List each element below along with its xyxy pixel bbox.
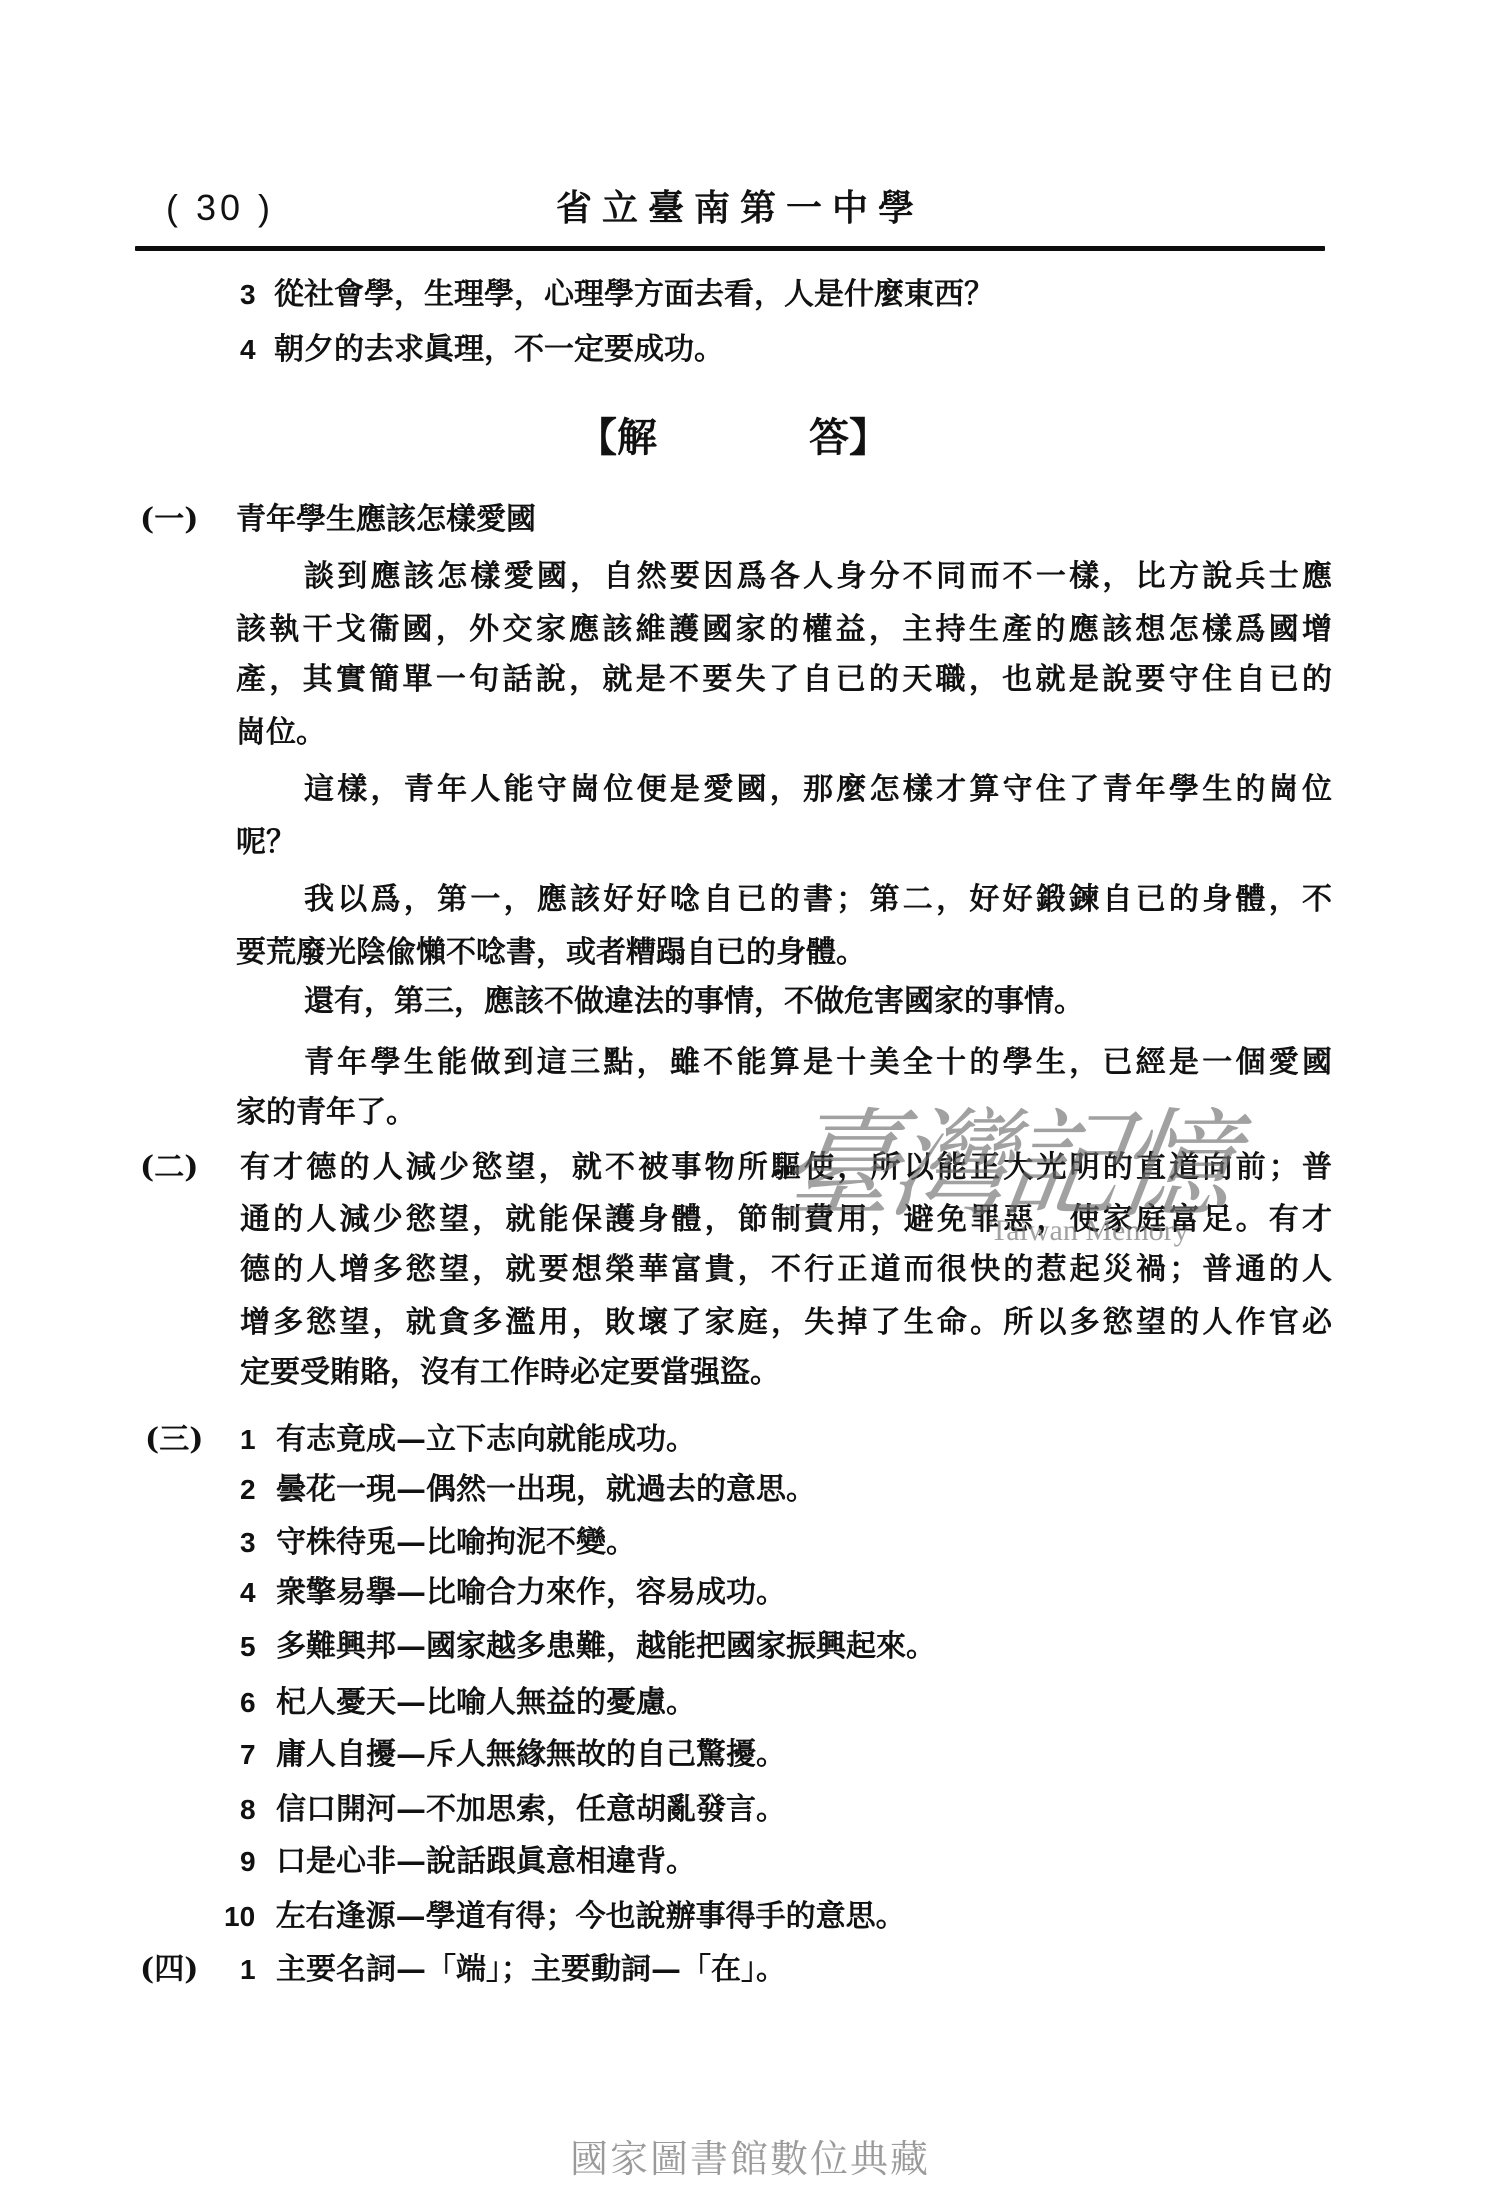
paragraph-line: 該執干戈衞國，外交家應該維護國家的權益，主持生產的應該想怎樣爲國增 xyxy=(236,610,1332,650)
section-label-three: (三) xyxy=(145,1420,203,1460)
idiom-item: 2 曇花一現—偶然一出現，就過去的意思。 xyxy=(240,1470,816,1510)
question-text: 朝夕的去求眞理，不一定要成功。 xyxy=(274,332,724,367)
paragraph-line: 定要受賄賂，沒有工作時必定要當强盜。 xyxy=(240,1353,780,1393)
paragraph-line: 產，其實簡單一句話說，就是不要失了自已的天職，也就是說要守住自已的 xyxy=(236,660,1332,700)
item-text: 衆擎易擧—比喻合力來作，容易成功。 xyxy=(276,1575,786,1610)
paragraph-line: 談到應該怎樣愛國，自然要因爲各人身分不同而不一樣，比方說兵士應 xyxy=(304,557,1332,597)
idiom-item: 5 多難興邦—國家越多患難，越能把國家振興起來。 xyxy=(240,1627,936,1667)
watermark-logo: 臺灣記憶 xyxy=(771,1100,1237,1230)
item-number: 9 xyxy=(240,1846,256,1877)
paragraph-line: 要荒廢光陰偸懶不唸書，或者糟蹋自已的身體。 xyxy=(236,933,866,973)
item-number: 7 xyxy=(240,1739,256,1770)
section-title: 青年學生應該怎樣愛國 xyxy=(236,500,536,540)
item-text: 庸人自擾—斥人無緣無故的自己驚擾。 xyxy=(276,1737,786,1772)
item-number: 4 xyxy=(240,1577,256,1608)
idiom-item: 6 杞人憂天—比喻人無益的憂慮。 xyxy=(240,1683,696,1723)
item-text: 杞人憂天—比喻人無益的憂慮。 xyxy=(276,1685,696,1720)
question-item: 4 朝夕的去求眞理，不一定要成功。 xyxy=(240,330,724,370)
paragraph-line: 崗位。 xyxy=(236,713,326,753)
paragraph-line: 我以爲，第一，應該好好唸自已的書；第二，好好鍛鍊自已的身體，不 xyxy=(304,880,1332,920)
idiom-item: 8 信口開河—不加思索，任意胡亂發言。 xyxy=(240,1790,786,1830)
item-text: 有志竟成—立下志向就能成功。 xyxy=(276,1422,696,1457)
paragraph-line: 還有，第三，應該不做違法的事情，不做危害國家的事情。 xyxy=(304,982,1084,1022)
item-number: 2 xyxy=(240,1474,256,1505)
section-label-two: (二) xyxy=(140,1148,198,1188)
paragraph-line: 呢？ xyxy=(236,823,296,863)
item-text: 左右逢源—學道有得；今也說辦事得手的意思。 xyxy=(276,1899,906,1934)
item-text: 信口開河—不加思索，任意胡亂發言。 xyxy=(276,1792,786,1827)
item-number: 5 xyxy=(240,1631,256,1662)
page-number: ( 30 ) xyxy=(166,180,274,236)
paragraph-line: 增多慾望，就貪多濫用，敗壞了家庭，失掉了生命。所以多慾望的人作官必 xyxy=(240,1303,1332,1343)
header-rule xyxy=(135,246,1325,251)
idiom-item: 3 守株待兎—比喻拘泥不變。 xyxy=(240,1523,636,1563)
section-label-four: (四) xyxy=(140,1950,198,1990)
idiom-item: 10 左右逢源—學道有得；今也說辦事得手的意思。 xyxy=(224,1897,906,1937)
item-text: 曇花一現—偶然一出現，就過去的意思。 xyxy=(276,1472,816,1507)
item-number: 6 xyxy=(240,1687,256,1718)
item-number: 1 xyxy=(240,1424,256,1455)
paragraph-line: 青年學生能做到這三點，雖不能算是十美全十的學生，已經是一個愛國 xyxy=(304,1043,1332,1083)
grammar-item: 1 主要名詞—「端」；主要動詞—「在」。 xyxy=(240,1950,786,1990)
paragraph-line: 這樣，青年人能守崗位便是愛國，那麼怎樣才算守住了青年學生的崗位 xyxy=(304,770,1332,810)
idiom-item: 1 有志竟成—立下志向就能成功。 xyxy=(240,1420,696,1460)
item-text: 主要名詞—「端」；主要動詞—「在」。 xyxy=(276,1952,786,1987)
paragraph-line: 家的青年了。 xyxy=(236,1093,416,1133)
answer-heading-right: 答】 xyxy=(809,412,889,464)
question-item: 3 從社會學，生理學，心理學方面去看，人是什麼東西？ xyxy=(240,275,994,315)
item-number: 10 xyxy=(224,1901,255,1932)
answer-heading-left: 【解 xyxy=(577,412,657,464)
footer-credit: 國家圖書館數位典藏 xyxy=(0,2128,1500,2183)
page-title: 省立臺南第一中學 xyxy=(556,184,924,232)
item-number: 3 xyxy=(240,1527,256,1558)
answer-heading: 【解 答】 xyxy=(577,412,889,464)
question-text: 從社會學，生理學，心理學方面去看，人是什麼東西？ xyxy=(274,277,994,312)
paragraph-line: 德的人增多慾望，就要想榮華富貴，不行正道而很快的惹起災禍；普通的人 xyxy=(240,1250,1332,1290)
idiom-item: 7 庸人自擾—斥人無緣無故的自己驚擾。 xyxy=(240,1735,786,1775)
item-number: 1 xyxy=(240,1954,256,1985)
item-text: 多難興邦—國家越多患難，越能把國家振興起來。 xyxy=(276,1629,936,1664)
section-label-one: (一) xyxy=(140,500,198,540)
idiom-item: 9 口是心非—說話跟眞意相違背。 xyxy=(240,1842,696,1882)
item-number: 8 xyxy=(240,1794,256,1825)
item-text: 守株待兎—比喻拘泥不變。 xyxy=(276,1525,636,1560)
watermark-text: Taiwan Memory xyxy=(990,1214,1189,1248)
idiom-item: 4 衆擎易擧—比喻合力來作，容易成功。 xyxy=(240,1573,786,1613)
question-number: 4 xyxy=(240,334,256,365)
question-number: 3 xyxy=(240,279,256,310)
item-text: 口是心非—說話跟眞意相違背。 xyxy=(276,1844,696,1879)
